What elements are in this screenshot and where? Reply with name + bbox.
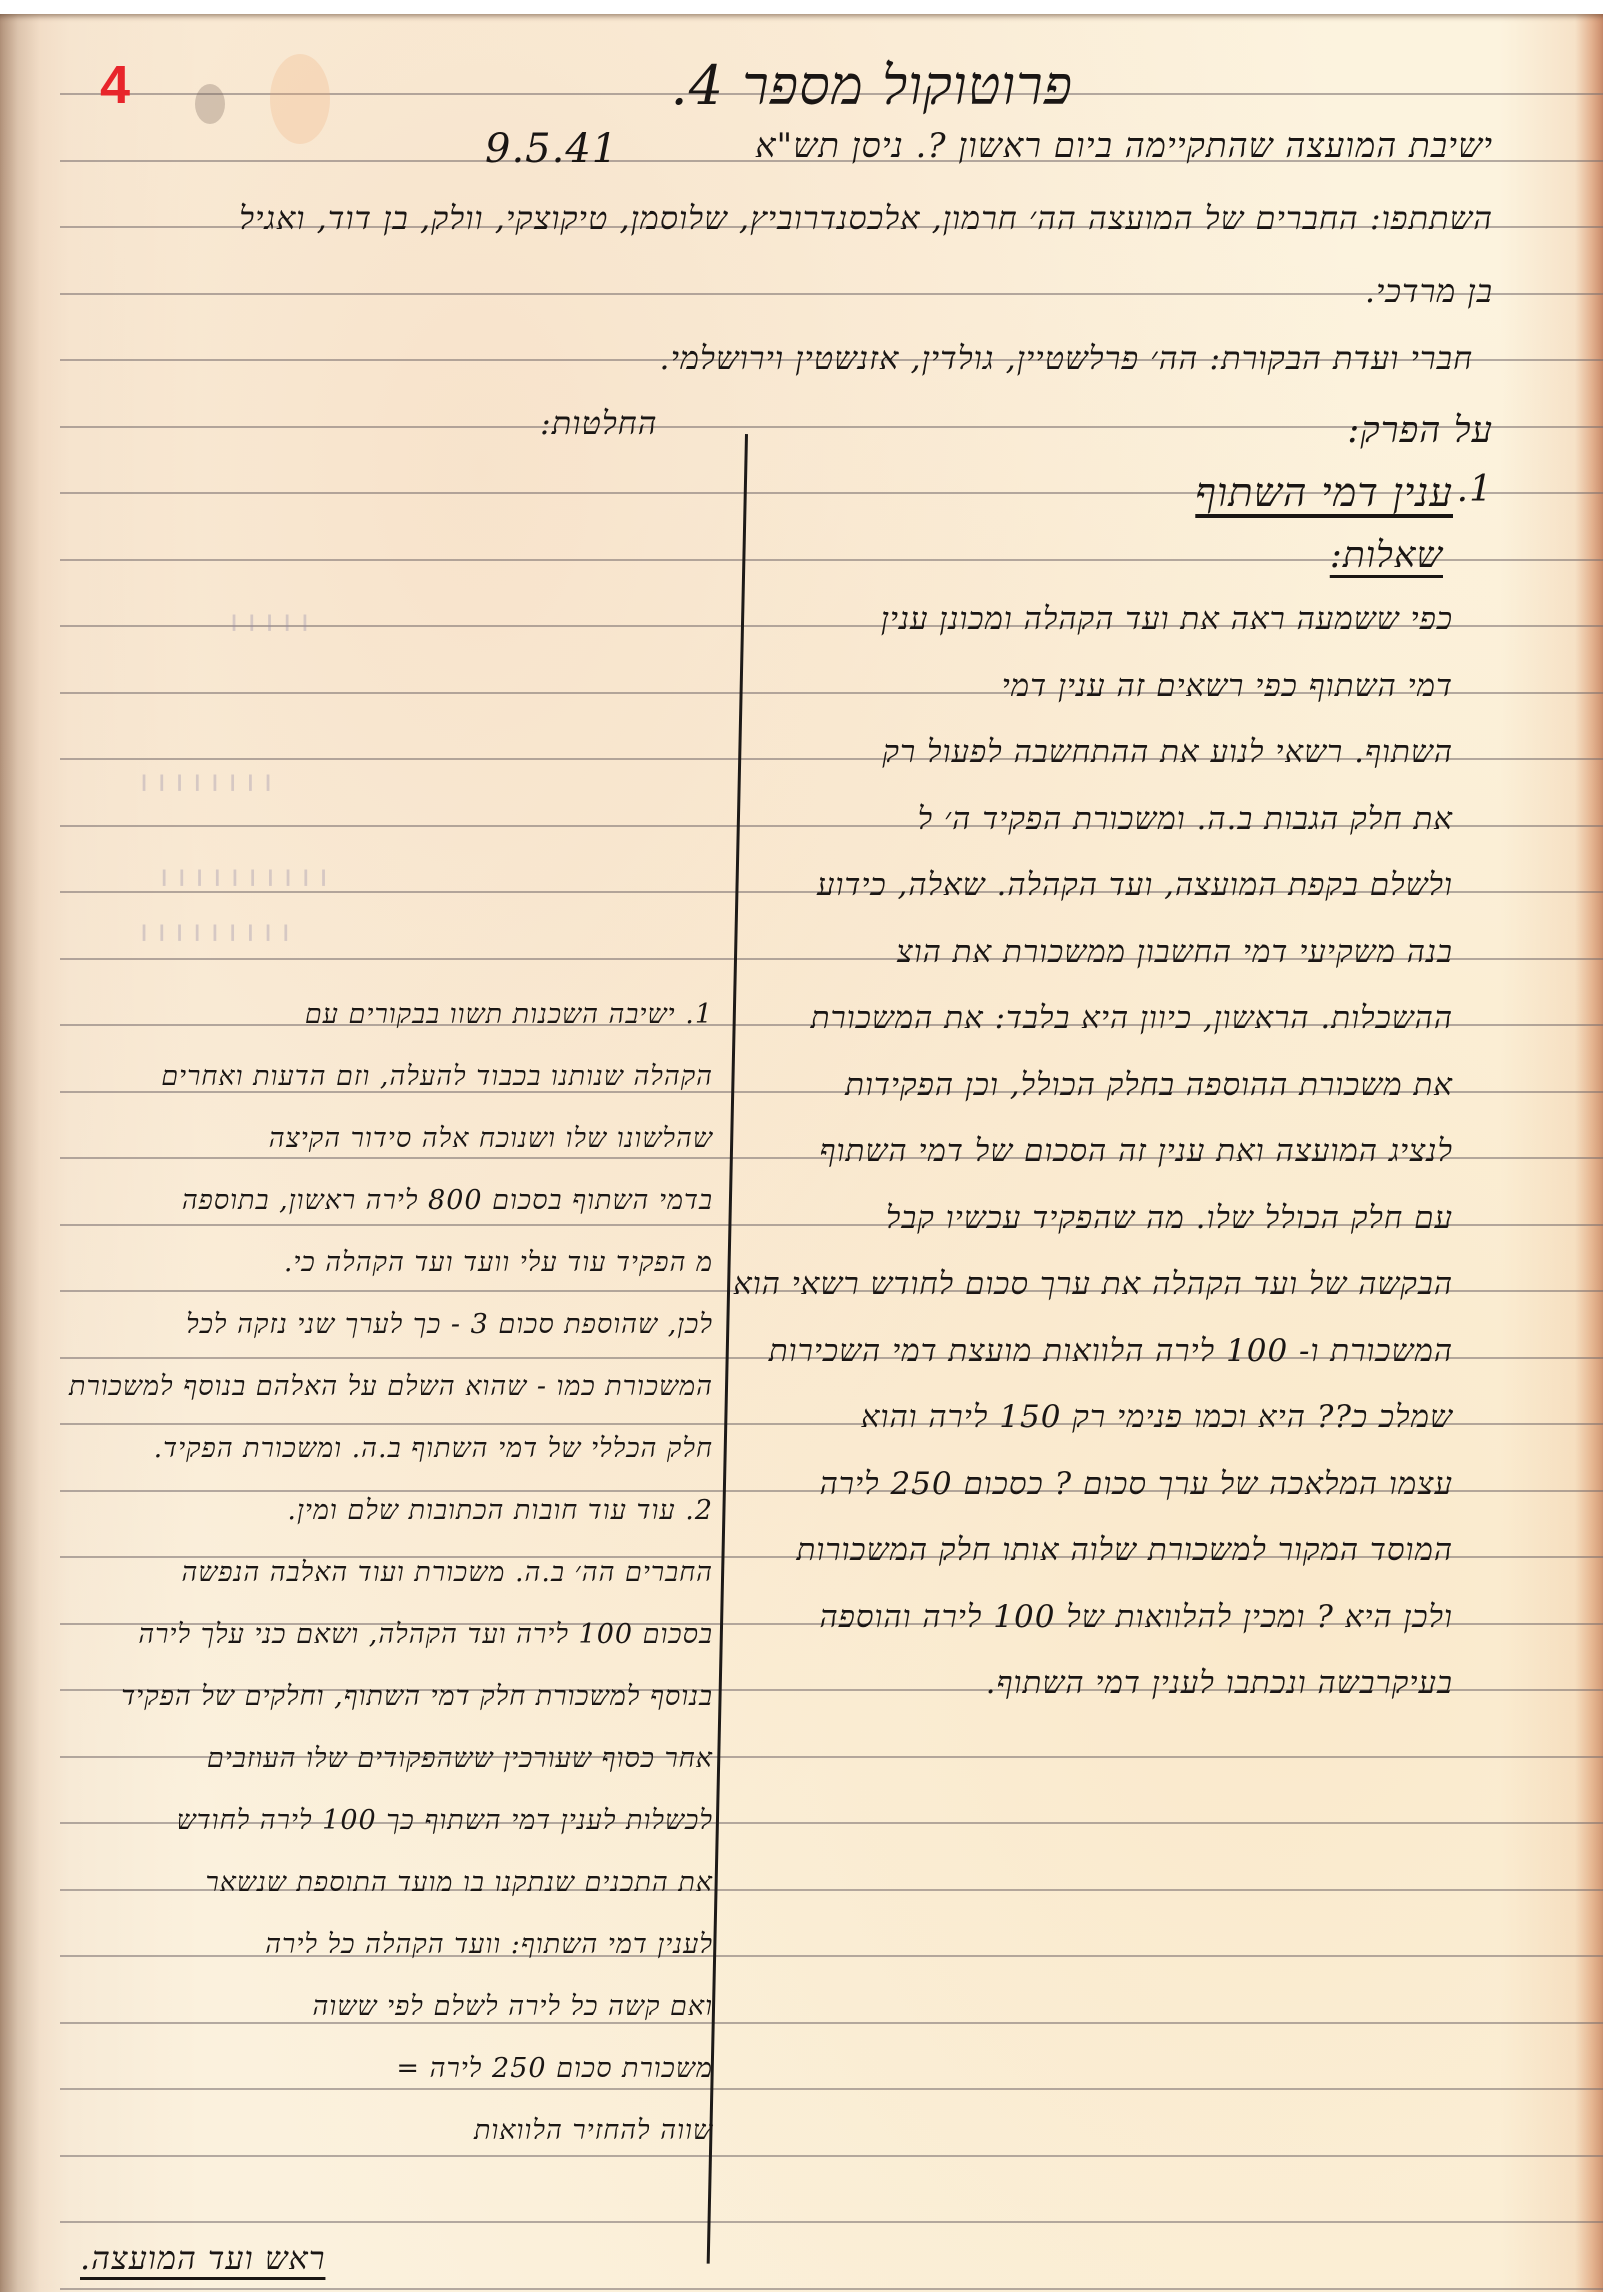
audit-committee-line: חברי ועדת הבקורת: הה׳ פרלשטיין, גולדין, … bbox=[659, 339, 1473, 377]
agenda-heading: על הפרק: bbox=[1347, 409, 1493, 451]
bleed-through-text: ו ו ו ו ו ו ו ו ו bbox=[140, 914, 290, 949]
ruled-line bbox=[60, 2088, 1603, 2090]
decision-line: בנוסף למשכורת חלק דמי השתוף, וחלקים של ה… bbox=[121, 1681, 713, 1712]
agenda-line: את חלק הגבות ב.ה. ומשכורת הפקיד ה׳ ל bbox=[918, 801, 1453, 837]
agenda-line: ולשלם בקפת המועצה, ועד הקהלה. שאלה, כידו… bbox=[817, 867, 1453, 903]
document-title: פרוטוקול מספר 4. bbox=[671, 54, 1073, 117]
ruled-line bbox=[60, 2288, 1603, 2290]
decision-line: לכן, שהוספת סכום 3 - כך לערך שני נזקה לכ… bbox=[186, 1309, 713, 1340]
decisions-heading: החלטות: bbox=[540, 404, 657, 442]
agenda-line: ולכן היא ? ומכין להלוואות של 100 לירה וה… bbox=[819, 1599, 1453, 1635]
agenda-line: השתוף. רשאי לנוע את ההתחשבה לפעול רק bbox=[882, 734, 1453, 770]
agenda-line: שמלכ כ?? היא וכמו פנימי רק 150 לירה והוא bbox=[861, 1399, 1453, 1435]
page-number-marker: 4 bbox=[100, 54, 130, 116]
agenda-subheading: שאלות: bbox=[1330, 534, 1443, 576]
decision-line: שווה להחזיר הלוואות bbox=[474, 2115, 713, 2146]
participants-line: השתתפו: החברים של המועצה הה׳ חרמון, אלכס… bbox=[239, 199, 1493, 237]
decision-line: מ הפקיד עוד עלי וועד ועד הקהלה כי. bbox=[284, 1247, 713, 1278]
decision-line: אחר כסוף שעורכין ששהפקודים שלו העוזבים bbox=[207, 1743, 713, 1774]
agenda-line: את משכורת ההוספה בחלק הכולל, וכן הפקידות bbox=[845, 1067, 1453, 1103]
decision-line: הקהלה שנותנו בכבוד להעלה, וזם הדעות ואחר… bbox=[161, 1061, 713, 1092]
decision-line: 1. ישיבה השכנות תשוו בבקורים עם bbox=[305, 999, 713, 1030]
decision-line: ואם קשה כל לירה לשלם לפי ששוה bbox=[312, 1991, 713, 2022]
agenda-line: בעיקרבשה ונכתבו לענין דמי השתוף. bbox=[986, 1665, 1453, 1701]
signature-line: ראש ועד המועצה. bbox=[80, 2239, 325, 2277]
agenda-line: ההשכלות. הראשון, כיוון היא בלבד: את המשכ… bbox=[811, 1000, 1453, 1036]
agenda-item-title: ענין דמי השתוף bbox=[1195, 469, 1453, 516]
decision-line: חלק הכללי של דמי השתוף ב.ה. ומשכורת הפקי… bbox=[154, 1433, 713, 1464]
notebook-page: ו ו ו ו ו ו ו ו ו ו ו ו ו ו ו ו ו ו ו ו … bbox=[0, 14, 1603, 2292]
decision-line: בסכום 100 לירה ועד הקהלה, ושאם כני עלך ל… bbox=[138, 1619, 713, 1650]
agenda-line: המשכורת ו- 100 לירה הלוואות מועצת דמי הש… bbox=[769, 1333, 1453, 1369]
participants-line-continued: בן מרדכי. bbox=[1365, 272, 1493, 310]
meeting-line: ישיבת המועצה שהתקיימה ביום ראשון ?. ניסן… bbox=[755, 126, 1493, 166]
meeting-date: 9.5.41 bbox=[485, 126, 618, 172]
agenda-line: דמי השתוף כפי רשאים זה ענין דמי bbox=[1002, 668, 1453, 704]
ruled-line bbox=[60, 2022, 1603, 2024]
agenda-line: המוסד המקור למשכורת שלוה אותו חלק המשכור… bbox=[796, 1532, 1453, 1568]
agenda-line: בנה משקיעי דמי החשבון ממשכורת את הוצ bbox=[896, 934, 1453, 970]
agenda-line: עם חלק הכולל שלו. מה שהפקיד עכשיו קבל bbox=[886, 1200, 1453, 1236]
decision-line: המשכורת כמו - שהוא השלם על האלהם בנוסף ל… bbox=[69, 1371, 713, 1402]
decision-line: 2. עוד עוד חובות הכתובות שלם ומין. bbox=[287, 1495, 713, 1526]
bleed-through-text: ו ו ו ו ו ו ו ו ו ו bbox=[160, 859, 328, 894]
agenda-line: כפי ששמעה ראה את ועד הקהלה ומכונן ענין bbox=[881, 601, 1453, 637]
decision-line: לכשלות לענין דמי השתוף כך 100 לירה לחודש bbox=[177, 1805, 713, 1836]
column-divider bbox=[707, 434, 748, 2264]
agenda-line: עצמו המלאכה של ערך סכום ? כסכום 250 לירה bbox=[820, 1466, 1453, 1502]
paper-stain bbox=[270, 54, 330, 144]
decision-line: בדמי השתוף בסכום 800 לירה ראשון, בתוספה bbox=[182, 1185, 713, 1216]
decision-line: לענין דמי השתוף: וועד הקהלה כל לירה bbox=[265, 1929, 713, 1960]
ruled-line bbox=[60, 2221, 1603, 2223]
ruled-line bbox=[60, 2155, 1603, 2157]
decision-line: שהלשונו שלו ושנוכח אלה סידור הקיצה bbox=[269, 1123, 713, 1154]
agenda-line: לנציג המועצה ואת ענין זה הסכום של דמי הש… bbox=[819, 1133, 1453, 1169]
bleed-through-text: ו ו ו ו ו bbox=[230, 604, 309, 639]
decision-line: משכורת סכום 250 לירה = bbox=[396, 2053, 713, 2084]
bleed-through-text: ו ו ו ו ו ו ו ו bbox=[140, 764, 272, 799]
agenda-item-number: 1. bbox=[1457, 469, 1493, 510]
decision-line: החברים הה׳ ב.ה. משכורת ועוד האלבה הנפשה bbox=[181, 1557, 713, 1588]
paper-stain bbox=[195, 84, 225, 124]
decision-line: את התכנים שנתקנו בו מועד התוספת שנשאר bbox=[205, 1867, 713, 1898]
agenda-line: הבקשה של ועד הקהלה את ערך סכום לחודש רשא… bbox=[733, 1266, 1453, 1302]
